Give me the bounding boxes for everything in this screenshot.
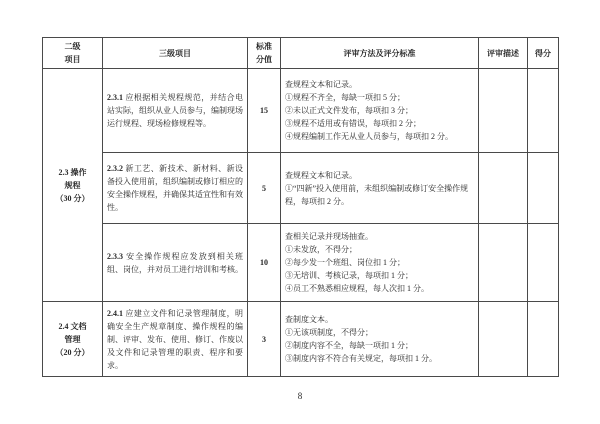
group-cell-document-management: 2.4 文档 管理 （20 分）: [43, 302, 103, 377]
header-level2-project: 二级 项目: [43, 38, 103, 69]
standard-score-cell: 15: [248, 69, 281, 153]
item-text: 新工艺、新技术、新材料、新设备投入使用前，组织编制或修订相应的安全操作规程，并确…: [107, 164, 243, 212]
item-cell: 2.3.2 新工艺、新技术、新材料、新设备投入使用前，组织编制或修订相应的安全操…: [103, 153, 248, 224]
score-cell: [528, 153, 559, 224]
item-text: 应建立文件和记录管理制度，明确安全生产规章制度、操作规程的编制、评审、发布、使用…: [107, 309, 243, 370]
table-row: 2.3 操作 规程 （30 分） 2.3.1 应根据相关规程规范，并结合电站实际…: [43, 69, 559, 153]
header-review-method: 评审方法及评分标准: [281, 38, 479, 69]
review-description-cell: [479, 69, 528, 153]
score-cell: [528, 69, 559, 153]
header-standard-score: 标准 分值: [248, 38, 281, 69]
header-review-description: 评审描述: [479, 38, 528, 69]
criteria-cell: 查规程文本和记录。 ①“四新”投入使用前，未组织编制或修订安全操作规程，每项扣 …: [281, 153, 479, 224]
score-cell: [528, 224, 559, 302]
item-number: 2.3.2: [107, 164, 123, 173]
review-description-cell: [479, 302, 528, 377]
item-cell: 2.3.1 应根据相关规程规范，并结合电站实际，组织从业人员参与，编制现场运行规…: [103, 69, 248, 153]
review-description-cell: [479, 153, 528, 224]
standard-score-cell: 5: [248, 153, 281, 224]
page-number: 8: [0, 391, 600, 401]
group-cell-operating-procedures: 2.3 操作 规程 （30 分）: [43, 69, 103, 302]
table-row: 2.3.3 安全操作规程应发放到相关班组、岗位，并对员工进行培训和考核。 10 …: [43, 224, 559, 302]
item-number: 2.3.3: [107, 252, 123, 261]
table-header-row: 二级 项目 三级项目 标准 分值 评审方法及评分标准 评审描述 得分: [43, 38, 559, 69]
review-description-cell: [479, 224, 528, 302]
item-number: 2.4.1: [107, 309, 123, 318]
standard-score-cell: 10: [248, 224, 281, 302]
header-score: 得分: [528, 38, 559, 69]
item-cell: 2.4.1 应建立文件和记录管理制度，明确安全生产规章制度、操作规程的编制、评审…: [103, 302, 248, 377]
criteria-cell: 查制度文本。 ①无该项制度，不得分； ②制度内容不全，每缺一项扣 1 分； ③制…: [281, 302, 479, 377]
header-level3-project: 三级项目: [103, 38, 248, 69]
score-cell: [528, 302, 559, 377]
criteria-cell: 查相关记录并现场抽查。 ①未发放，不得分； ②每少发一个班组、岗位扣 1 分； …: [281, 224, 479, 302]
review-criteria-table: 二级 项目 三级项目 标准 分值 评审方法及评分标准 评审描述 得分 2.3 操…: [42, 37, 559, 377]
document-page: 二级 项目 三级项目 标准 分值 评审方法及评分标准 评审描述 得分 2.3 操…: [0, 0, 600, 424]
table-row: 2.3.2 新工艺、新技术、新材料、新设备投入使用前，组织编制或修订相应的安全操…: [43, 153, 559, 224]
item-text: 应根据相关规程规范，并结合电站实际，组织从业人员参与，编制现场运行规程、现场检修…: [107, 93, 243, 128]
item-text: 安全操作规程应发放到相关班组、岗位，并对员工进行培训和考核。: [107, 252, 243, 274]
standard-score-cell: 3: [248, 302, 281, 377]
criteria-cell: 查规程文本和记录。 ①规程不齐全，每缺一项扣 5 分； ②未以正式文件发布，每项…: [281, 69, 479, 153]
item-number: 2.3.1: [107, 93, 123, 102]
item-cell: 2.3.3 安全操作规程应发放到相关班组、岗位，并对员工进行培训和考核。: [103, 224, 248, 302]
table-row: 2.4 文档 管理 （20 分） 2.4.1 应建立文件和记录管理制度，明确安全…: [43, 302, 559, 377]
